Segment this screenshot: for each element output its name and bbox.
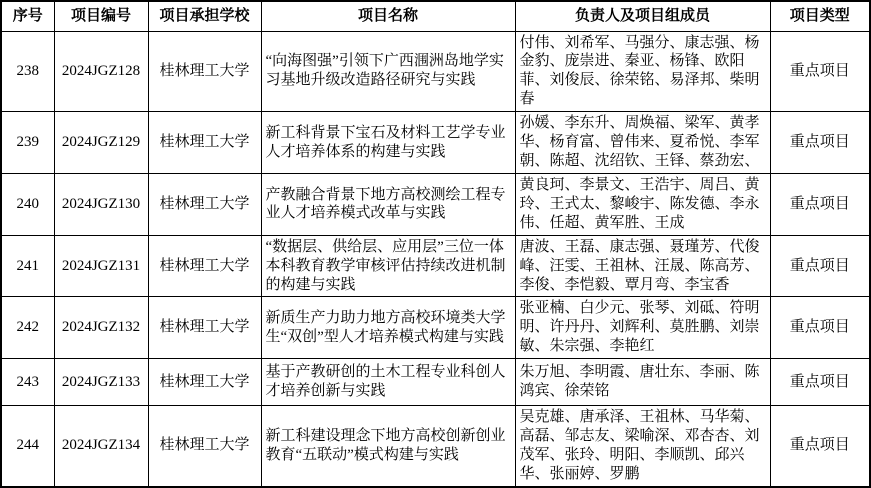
header-cell-type: 项目类型 [770,1,870,31]
cell-school: 桂林理工大学 [148,359,261,406]
header-cell-name: 项目名称 [261,1,515,31]
cell-members: 黄良珂、李景文、王浩宇、周吕、黄玲、王式太、黎峻宇、陈发德、李永伟、任超、黄军胜… [515,174,770,236]
cell-project-type: 重点项目 [770,297,870,359]
cell-school: 桂林理工大学 [148,235,261,297]
projects-table: 序号 项目编号 项目承担学校 项目名称 负责人及项目组成员 项目类型 238 2… [0,0,871,488]
table-header-row: 序号 项目编号 项目承担学校 项目名称 负责人及项目组成员 项目类型 [1,1,870,31]
cell-project-type: 重点项目 [770,174,870,236]
table-row: 239 2024JGZ129 桂林理工大学 新工科背景下宝石及材料工艺学专业人才… [1,112,870,174]
table-row: 241 2024JGZ131 桂林理工大学 “数据层、供给层、应用层”三位一体本… [1,235,870,297]
cell-project-type: 重点项目 [770,31,870,112]
cell-project-code: 2024JGZ129 [54,112,148,174]
cell-seq: 238 [1,31,54,112]
cell-seq: 242 [1,297,54,359]
document-page: 序号 项目编号 项目承担学校 项目名称 负责人及项目组成员 项目类型 238 2… [0,0,871,443]
cell-members: 付伟、刘希军、马强分、康志强、杨金豹、庞崇进、秦亚、杨锋、欧阳菲、刘俊辰、徐荣铭… [515,31,770,112]
cell-project-type: 重点项目 [770,235,870,297]
cell-school: 桂林理工大学 [148,406,261,487]
cell-seq: 239 [1,112,54,174]
table-row: 240 2024JGZ130 桂林理工大学 产教融合背景下地方高校测绘工程专业人… [1,174,870,236]
cell-project-code: 2024JGZ131 [54,235,148,297]
cell-school: 桂林理工大学 [148,297,261,359]
cell-school: 桂林理工大学 [148,112,261,174]
cell-project-name: 新工科背景下宝石及材料工艺学专业人才培养体系的构建与实践 [261,112,515,174]
cell-seq: 240 [1,174,54,236]
cell-members: 孙媛、李东升、周焕福、梁军、黄孝华、杨育富、曾伟来、夏希悦、李军朝、陈超、沈绍钦… [515,112,770,174]
cell-project-code: 2024JGZ132 [54,297,148,359]
cell-project-type: 重点项目 [770,359,870,406]
cell-members: 张亚楠、白少元、张琴、刘砥、符明明、许丹丹、刘辉利、莫胜鹏、刘崇敏、朱宗强、李艳… [515,297,770,359]
header-cell-code: 项目编号 [54,1,148,31]
cell-project-name: 新工科建设理念下地方高校创新创业教育“五联动”模式构建与实践 [261,406,515,487]
header-cell-seq: 序号 [1,1,54,31]
cell-project-code: 2024JGZ133 [54,359,148,406]
table-row: 243 2024JGZ133 桂林理工大学 基于产教研创的土木工程专业科创人才培… [1,359,870,406]
cell-members: 朱万旭、李明霞、唐壮东、李丽、陈鸿宾、徐荣铭 [515,359,770,406]
cell-project-code: 2024JGZ134 [54,406,148,487]
cell-project-code: 2024JGZ130 [54,174,148,236]
cell-members: 唐波、王磊、康志强、聂瑾芳、代俊峰、汪雯、王祖林、汪晟、陈高芳、李俊、李恺毅、覃… [515,235,770,297]
cell-seq: 241 [1,235,54,297]
cell-project-code: 2024JGZ128 [54,31,148,112]
cell-project-name: 新质生产力助力地方高校环境类大学生“双创”型人才培养模式构建与实践 [261,297,515,359]
cell-project-name: 产教融合背景下地方高校测绘工程专业人才培养模式改革与实践 [261,174,515,236]
cell-project-name: “数据层、供给层、应用层”三位一体本科教育教学审核评估持续改进机制的构建与实践 [261,235,515,297]
cell-school: 桂林理工大学 [148,31,261,112]
cell-project-type: 重点项目 [770,406,870,487]
cell-project-type: 重点项目 [770,112,870,174]
table-row: 242 2024JGZ132 桂林理工大学 新质生产力助力地方高校环境类大学生“… [1,297,870,359]
table-row: 238 2024JGZ128 桂林理工大学 “向海图强”引领下广西涠洲岛地学实习… [1,31,870,112]
cell-seq: 244 [1,406,54,487]
cell-school: 桂林理工大学 [148,174,261,236]
header-cell-members: 负责人及项目组成员 [515,1,770,31]
cell-project-name: “向海图强”引领下广西涠洲岛地学实习基地升级改造路径研究与实践 [261,31,515,112]
header-cell-school: 项目承担学校 [148,1,261,31]
cell-project-name: 基于产教研创的土木工程专业科创人才培养创新与实践 [261,359,515,406]
cell-seq: 243 [1,359,54,406]
cell-members: 吴克雄、唐承泽、王祖林、马华菊、高磊、邹志友、梁喻深、邓杏杏、刘茂军、张玲、明阳… [515,406,770,487]
table-row: 244 2024JGZ134 桂林理工大学 新工科建设理念下地方高校创新创业教育… [1,406,870,487]
